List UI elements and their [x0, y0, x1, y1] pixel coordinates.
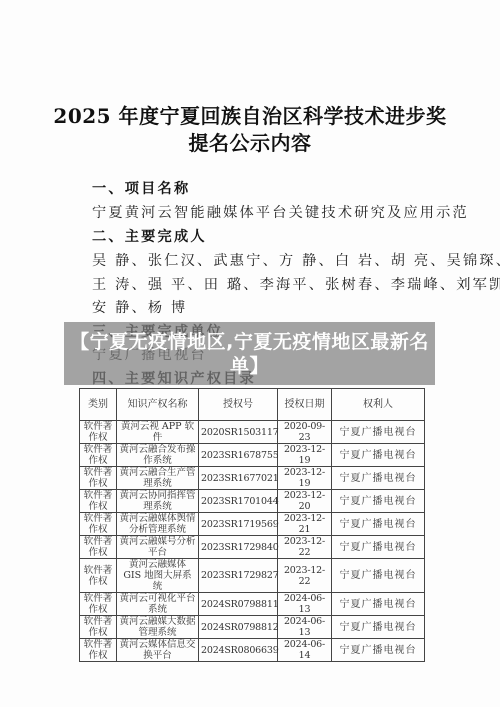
cell-auth-number: 2020SR1503117 — [199, 421, 278, 444]
cell-auth-number: 2023SR1701044 — [199, 490, 278, 513]
cell-auth-date: 2023-12-19 — [278, 444, 332, 467]
table-row: 软件著作权 黄河云融媒大数据管理系统 2024SR0798812 2024-06… — [80, 616, 425, 639]
cell-auth-number: 2023SR1719569 — [199, 513, 278, 536]
document-title-line1: 2025 年度宁夏回族自治区科学技术进步奖 — [0, 103, 500, 129]
cell-ip-name: 黄河云融合发布操作系统 — [117, 444, 199, 467]
cell-auth-date: 2024-06-14 — [278, 639, 332, 662]
document-title-line2: 提名公示内容 — [0, 131, 500, 155]
headline-overlay-banner: 【宁夏无疫情地区,宁夏无疫情地区最新名单】 — [64, 322, 435, 385]
cell-auth-number: 2023SR1677021 — [199, 467, 278, 490]
cell-owner: 宁夏广播电视台 — [332, 513, 425, 536]
ip-table: 类别 知识产权名称 授权号 授权日期 权利人 软件著作权 黄河云视 APP 软件… — [79, 388, 425, 662]
cell-ip-name: 黄河云视 APP 软件 — [117, 421, 199, 444]
cell-category: 软件著作权 — [80, 536, 117, 559]
col-header-category: 类别 — [80, 389, 117, 421]
cell-ip-name: 黄河云融媒号分析平台 — [117, 536, 199, 559]
headline-overlay-text: 【宁夏无疫情地区,宁夏无疫情地区最新名单】 — [70, 330, 430, 378]
table-row: 软件著作权 黄河云可视化平台系统 2024SR0798811 2024-06-1… — [80, 593, 425, 616]
cell-category: 软件著作权 — [80, 513, 117, 536]
table-row: 软件著作权 黄河云融媒号分析平台 2023SR1729840 2023-12-2… — [80, 536, 425, 559]
cell-auth-number: 2024SR0798811 — [199, 593, 278, 616]
cell-ip-name: 黄河云融媒体舆情分析管理系统 — [117, 513, 199, 536]
cell-auth-date: 2023-12-22 — [278, 536, 332, 559]
section-1-heading: 一、项目名称 — [92, 180, 190, 198]
cell-owner: 宁夏广播电视台 — [332, 639, 425, 662]
cell-auth-date: 2023-12-19 — [278, 467, 332, 490]
cell-category: 软件著作权 — [80, 559, 117, 593]
cell-category: 软件著作权 — [80, 490, 117, 513]
cell-auth-date: 2023-12-20 — [278, 490, 332, 513]
cell-ip-name: 黄河云媒体信息交换平台 — [117, 639, 199, 662]
project-name: 宁夏黄河云智能融媒体平台关键技术研究及应用示范 — [92, 204, 469, 222]
cell-auth-number: 2024SR0806639 — [199, 639, 278, 662]
cell-auth-date: 2023-12-22 — [278, 559, 332, 593]
cell-auth-date: 2024-06-13 — [278, 616, 332, 639]
table-row: 软件著作权 黄河云融合生产管理系统 2023SR1677021 2023-12-… — [80, 467, 425, 490]
cell-owner: 宁夏广播电视台 — [332, 467, 425, 490]
table-row: 软件著作权 黄河云融媒体 GIS 地图大屏系统 2023SR1729827 20… — [80, 559, 425, 593]
cell-auth-date: 2024-06-13 — [278, 593, 332, 616]
col-header-owner: 权利人 — [332, 389, 425, 421]
cell-owner: 宁夏广播电视台 — [332, 593, 425, 616]
table-row: 软件著作权 黄河云媒体信息交换平台 2024SR0806639 2024-06-… — [80, 639, 425, 662]
cell-category: 软件著作权 — [80, 467, 117, 490]
cell-ip-name: 黄河云融媒体 GIS 地图大屏系统 — [117, 559, 199, 593]
cell-auth-number: 2023SR1678755 — [199, 444, 278, 467]
cell-ip-name: 黄河云可视化平台系统 — [117, 593, 199, 616]
cell-auth-date: 2020-09-23 — [278, 421, 332, 444]
col-header-auth-date: 授权日期 — [278, 389, 332, 421]
cell-owner: 宁夏广播电视台 — [332, 616, 425, 639]
cell-ip-name: 黄河云融合生产管理系统 — [117, 467, 199, 490]
contributors-line-3: 安 静、杨 博 — [92, 299, 187, 317]
cell-owner: 宁夏广播电视台 — [332, 421, 425, 444]
cell-owner: 宁夏广播电视台 — [332, 536, 425, 559]
col-header-auth-number: 授权号 — [199, 389, 278, 421]
cell-category: 软件著作权 — [80, 639, 117, 662]
table-header-row: 类别 知识产权名称 授权号 授权日期 权利人 — [80, 389, 425, 421]
document-page: 2025 年度宁夏回族自治区科学技术进步奖 提名公示内容 一、项目名称 宁夏黄河… — [0, 0, 500, 707]
cell-auth-number: 2024SR0798812 — [199, 616, 278, 639]
table-row: 软件著作权 黄河云融媒体舆情分析管理系统 2023SR1719569 2023-… — [80, 513, 425, 536]
cell-ip-name: 黄河云融媒大数据管理系统 — [117, 616, 199, 639]
cell-auth-number: 2023SR1729840 — [199, 536, 278, 559]
cell-category: 软件著作权 — [80, 616, 117, 639]
contributors-line-2: 王 涛、强 平、田 璐、李海平、张树春、李瑞峰、刘军凯、 — [92, 276, 500, 294]
cell-category: 软件著作权 — [80, 421, 117, 444]
cell-owner: 宁夏广播电视台 — [332, 490, 425, 513]
cell-category: 软件著作权 — [80, 444, 117, 467]
cell-owner: 宁夏广播电视台 — [332, 559, 425, 593]
contributors-line-1: 吴 静、张仁汉、武惠宁、方 静、白 岩、胡 亮、吴锦琛、 — [92, 252, 500, 270]
table-row: 软件著作权 黄河云融合发布操作系统 2023SR1678755 2023-12-… — [80, 444, 425, 467]
col-header-ip-name: 知识产权名称 — [117, 389, 199, 421]
section-2-heading: 二、主要完成人 — [92, 228, 207, 246]
table-row: 软件著作权 黄河云协同指挥管理系统 2023SR1701044 2023-12-… — [80, 490, 425, 513]
cell-auth-date: 2023-12-21 — [278, 513, 332, 536]
cell-ip-name: 黄河云协同指挥管理系统 — [117, 490, 199, 513]
table-row: 软件著作权 黄河云视 APP 软件 2020SR1503117 2020-09-… — [80, 421, 425, 444]
cell-category: 软件著作权 — [80, 593, 117, 616]
cell-auth-number: 2023SR1729827 — [199, 559, 278, 593]
cell-owner: 宁夏广播电视台 — [332, 444, 425, 467]
